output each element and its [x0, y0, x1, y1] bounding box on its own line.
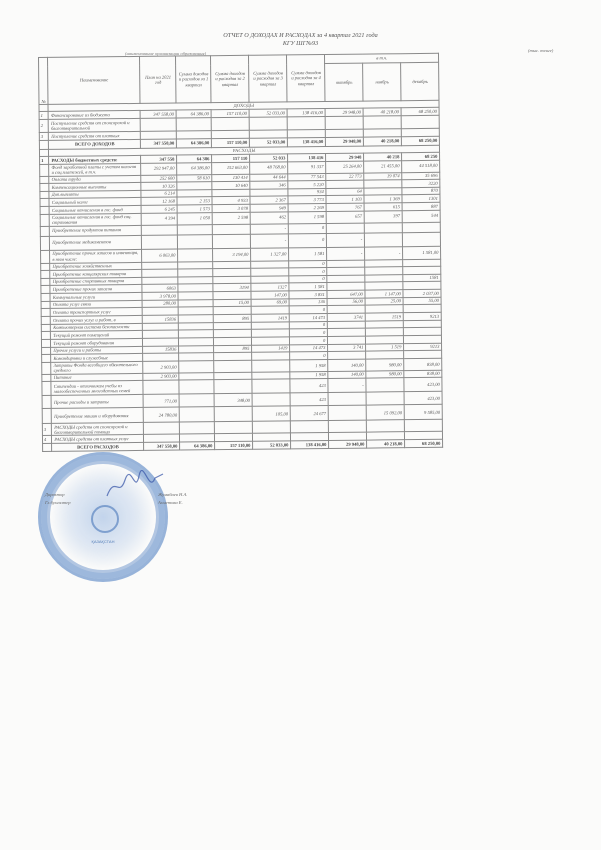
cell-q3 — [253, 421, 291, 433]
cell-dec: 423,00 — [404, 392, 442, 405]
cell-plan — [142, 225, 178, 235]
cell-q3: - — [251, 223, 289, 233]
cell-q2: 157 110,00 — [215, 441, 253, 449]
cell-no — [40, 199, 49, 207]
cell-no — [41, 293, 50, 301]
cell-no: 3 — [39, 132, 48, 140]
cell-no — [41, 332, 50, 340]
cell-plan: 24 780,00 — [144, 407, 180, 422]
cell-plan: 6 063,00 — [142, 249, 178, 262]
cell-plan: 347 558,00 — [141, 139, 177, 148]
cell-oct: - — [327, 247, 365, 260]
cell-q4: 91 337 — [288, 161, 326, 173]
cell-q2 — [215, 422, 253, 434]
cell-plan — [140, 118, 176, 131]
cell-dec: 68 250,00 — [405, 439, 443, 447]
accountant-name: Ахметова Е. — [158, 500, 183, 505]
cell-no — [40, 226, 49, 236]
col-q4: Сумма доходов и расходов за 4 квартал — [287, 54, 325, 101]
cell-dec: 44 518,00 — [402, 160, 440, 172]
cell-q2 — [214, 380, 252, 394]
report-title: ОТЧЕТ О ДОХОДАХ И РАСХОДАХ за 4 квартал … — [0, 32, 601, 39]
cell-no — [42, 396, 51, 409]
cell-no: 4 — [42, 436, 51, 444]
cell-q3: 1 327,00 — [251, 247, 289, 260]
cell-nov — [366, 378, 404, 392]
cell-oct — [329, 405, 367, 420]
cell-nov: 21 455,00 — [364, 160, 402, 172]
cell-no — [42, 409, 52, 424]
cell-plan: 2 903,00 — [143, 361, 179, 373]
cell-no — [42, 347, 51, 355]
cell-q4: 1 598 — [288, 211, 326, 223]
cell-q3: 462 — [250, 211, 288, 223]
cell-q1 — [179, 380, 214, 394]
cell-dec: 9 585,00 — [405, 405, 443, 420]
cell-q3 — [252, 379, 290, 393]
cell-plan: 771,00 — [143, 394, 179, 407]
cell-name: РАСХОДЫ средств от спонсорской и благотв… — [52, 423, 144, 436]
cell-plan: 347 558,00 — [144, 442, 180, 450]
cell-name: Социальные отчисления в гос. фонд соц. с… — [49, 213, 141, 226]
cell-no: 3 — [42, 424, 51, 436]
emblem-icon — [91, 505, 119, 533]
stamp-label: ҚАЗАҚСТАН — [77, 539, 129, 544]
cell-q2 — [214, 360, 252, 372]
cell-q4: 1 958 — [290, 359, 328, 371]
cell-nov: 40 218,00 — [367, 440, 405, 448]
cell-q3 — [252, 360, 290, 372]
cell-no — [41, 250, 50, 263]
cell-nov: 40 218,00 — [364, 137, 402, 146]
cell-q4: 423 — [290, 393, 328, 406]
cell-nov — [365, 222, 403, 232]
cell-plan — [144, 422, 180, 434]
cell-q1 — [178, 234, 213, 248]
cell-dec: 1 581,00 — [403, 246, 441, 259]
cell-q1: 64 386,00 — [177, 139, 212, 148]
cell-q4: 0 — [289, 233, 327, 247]
accountant-label: Гл.бухгалтер — [45, 500, 71, 505]
cell-nov: 15 092,00 — [367, 405, 405, 420]
signature-icon — [105, 470, 165, 500]
cell-q2: 157 110,00 — [212, 138, 250, 147]
cell-dec — [403, 222, 441, 232]
cell-no — [40, 206, 49, 214]
cell-q2 — [211, 117, 249, 130]
cell-name: Поступление средств от спонсорской и бла… — [48, 118, 140, 132]
cell-q2: 2 598 — [212, 212, 250, 224]
cell-dec: 838,00 — [404, 358, 442, 370]
cell-no: 1 — [39, 111, 48, 119]
cell-q1: 64 386,00 — [177, 162, 212, 174]
cell-dec: 68 250,00 — [402, 136, 440, 145]
cell-q4: 423 — [290, 379, 328, 393]
cell-no — [39, 140, 48, 149]
col-oct: октябрь — [325, 63, 363, 101]
cell-no — [40, 191, 49, 199]
cell-dec — [401, 115, 439, 128]
cell-oct — [328, 392, 366, 405]
cell-nov — [367, 420, 405, 432]
cell-oct: 29 948,00 — [329, 440, 367, 448]
cell-dec — [405, 420, 443, 432]
cell-no — [41, 301, 50, 309]
cell-nov: - — [365, 246, 403, 259]
col-q1: Сумма доходов и расходов за 1 квартал — [176, 56, 211, 103]
col-nov: ноябрь — [363, 63, 401, 101]
cell-dec: 423,00 — [404, 378, 442, 392]
cell-plan: 4 394 — [141, 213, 177, 225]
cell-oct — [327, 223, 365, 233]
cell-q2 — [215, 407, 253, 422]
cell-no — [41, 271, 50, 279]
cell-q1: 64 386,00 — [180, 442, 215, 450]
cell-q3: 48 768,00 — [250, 161, 288, 173]
cell-q4: 24 677 — [291, 406, 329, 421]
cell-no — [41, 316, 50, 324]
cell-no: 1 — [40, 156, 49, 164]
cell-q3: 52 033,00 — [250, 138, 288, 147]
cell-name: Приобретение медикаментов — [50, 235, 142, 250]
cell-oct: 140,00 — [328, 359, 366, 371]
cell-q4 — [287, 116, 325, 129]
director-label: Директор — [45, 492, 65, 497]
cell-name: Фонд заработной платы с учетом налогов и… — [49, 163, 141, 176]
cell-q2: 152 663,00 — [212, 162, 250, 174]
cell-name: Стипендии - отличникам учебы из малообес… — [51, 381, 143, 396]
cell-q2 — [213, 234, 251, 248]
cell-q3: 105,00 — [253, 406, 291, 421]
cell-q4: 138 416,00 — [288, 137, 326, 146]
cell-nov: 397 — [364, 210, 402, 222]
cell-oct: 25 264,00 — [326, 161, 364, 173]
cell-nov: 980,00 — [366, 358, 404, 370]
cell-plan: 292 947,00 — [141, 163, 177, 175]
col-q3: Сумма доходов и расходов за 3 квартал — [249, 55, 287, 102]
cell-q4 — [291, 421, 329, 433]
cell-oct: - — [328, 378, 366, 392]
cell-nov — [363, 116, 401, 129]
cell-oct: 29 948,00 — [326, 137, 364, 146]
col-dec: декабрь — [401, 62, 439, 100]
cell-dec — [403, 232, 441, 246]
cell-no — [42, 354, 51, 362]
cell-q2: 348,00 — [214, 394, 252, 407]
director-name: Жумабаев Н.А. — [158, 492, 187, 497]
cell-oct: 657 — [326, 211, 364, 223]
cell-no — [42, 362, 51, 374]
cell-nov — [366, 392, 404, 405]
cell-no — [41, 324, 50, 332]
cell-q1 — [176, 118, 211, 131]
income-expense-table: № Наименование План на 2021 год Сумма до… — [38, 53, 443, 452]
cell-q2 — [213, 224, 251, 234]
cell-name: ВСЕГО РАСХОДОВ — [52, 442, 144, 451]
cell-q4: 1 581 — [289, 247, 327, 260]
cell-dec: 544 — [402, 210, 440, 222]
cell-q1 — [179, 360, 214, 372]
cell-oct: - — [327, 233, 365, 247]
cell-name: Приобретение прочих запасов и инвентаря,… — [50, 249, 142, 263]
cell-q4: 138 416,00 — [291, 440, 329, 448]
col-no: № — [39, 57, 49, 104]
cell-plan — [142, 235, 178, 249]
cell-q3 — [252, 393, 290, 406]
cell-q1 — [178, 248, 213, 261]
cell-name: Затраты Фонда всеобщего обязательного ср… — [51, 361, 143, 374]
cell-no — [40, 214, 49, 226]
cell-no — [40, 176, 49, 184]
cell-no — [42, 382, 51, 396]
cell-q1 — [178, 224, 213, 234]
cell-name: Приобретение машин и оборудования — [52, 408, 144, 424]
cell-nov — [365, 232, 403, 246]
cell-no — [40, 184, 49, 192]
cell-q3 — [249, 117, 287, 130]
col-plan: План на 2021 год — [140, 56, 176, 103]
cell-q3: - — [251, 233, 289, 247]
cell-oct — [329, 420, 367, 432]
cell-q1 — [180, 422, 215, 434]
organization-name: КГУ ШГ№93 — [0, 40, 601, 47]
cell-no: 2 — [39, 119, 48, 132]
cell-name: Прочие расходы и затраты — [51, 395, 143, 409]
col-q2: Сумма доходов и расходов за 2 квартал — [211, 55, 249, 102]
cell-q1 — [180, 407, 215, 422]
cell-oct — [325, 116, 363, 129]
units-label: (тыс. тенге) — [528, 48, 553, 53]
cell-no — [41, 339, 50, 347]
cell-plan — [143, 380, 179, 394]
cell-q4: 0 — [289, 223, 327, 233]
col-name: Наименование — [48, 56, 140, 104]
cell-no — [41, 278, 50, 286]
cell-no — [41, 263, 50, 271]
cell-no — [42, 374, 51, 382]
cell-no — [41, 309, 50, 317]
cell-q3: 52 033,00 — [253, 441, 291, 449]
cell-q2: 3 194,00 — [213, 248, 251, 261]
cell-no — [43, 443, 52, 451]
cell-q1 — [179, 394, 214, 407]
cell-no — [40, 164, 49, 176]
cell-q1: 1 050 — [177, 212, 212, 224]
cell-no — [41, 286, 50, 294]
cell-no — [40, 236, 49, 250]
